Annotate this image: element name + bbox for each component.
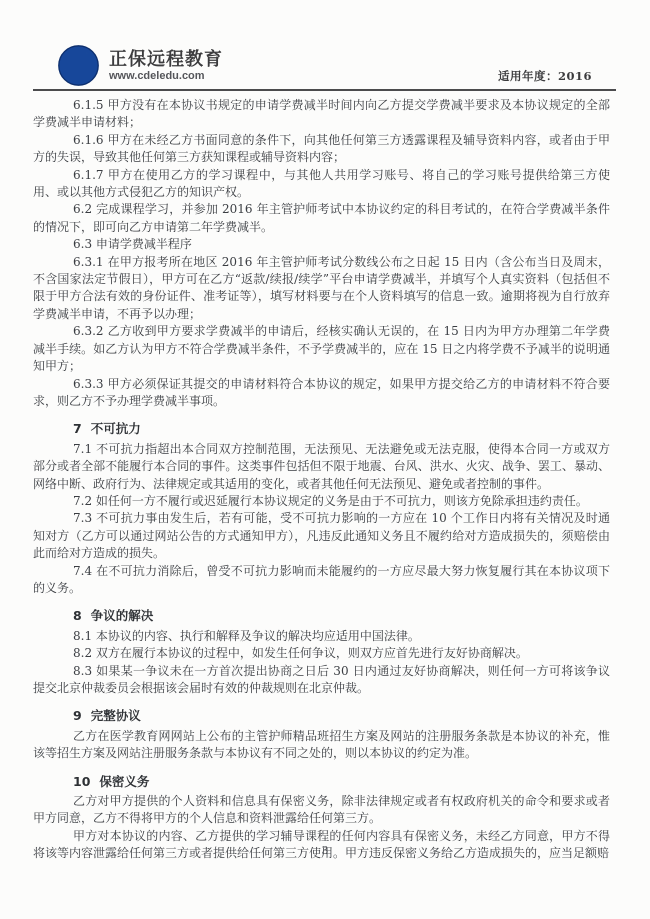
section-number: 8 [73, 608, 82, 623]
paragraph: 6.3.1 在甲方报考所在地区 2016 年主管护师考试分数线公布之日起 15 … [33, 254, 610, 324]
paragraph: 乙方在医学教育网网站上公布的主管护师精品班招生方案及网站的注册服务条款是本协议的… [33, 728, 610, 763]
brand-name: 正保远程教育 [109, 49, 223, 69]
paragraph: 7.3 不可抗力事由发生后，若有可能，受不可抗力影响的一方应在 10 个工作日内… [33, 510, 610, 562]
brand-block: 正保远程教育 www.cdeledu.com [57, 44, 223, 87]
document-page: 正保远程教育 www.cdeledu.com 适用年度：2016 6.1.5 甲… [0, 0, 650, 919]
paragraph: 6.3.2 乙方收到甲方要求学费减半的申请后，经核实确认无误的，在 15 日内为… [33, 323, 610, 375]
brand-text: 正保远程教育 www.cdeledu.com [109, 49, 223, 83]
paragraph: 乙方对甲方提供的个人资料和信息具有保密义务，除非法律规定或者有权政府机关的命令和… [33, 793, 610, 828]
paragraph: 8.2 双方在履行本协议的过程中，如发生任何争议，则双方应首先进行友好协商解决。 [33, 645, 610, 662]
section-number: 7 [73, 421, 82, 436]
paragraph: 6.3 申请学费减半程序 [33, 236, 610, 253]
brand-logo-icon [57, 44, 100, 87]
paragraph: 6.3.3 甲方必须保证其提交的申请材料符合本协议的规定，如果甲方提交给乙方的申… [33, 376, 610, 411]
paragraph: 7.4 在不可抗力消除后，曾受不可抗力影响而未能履约的一方应尽最大努力恢复履行其… [33, 563, 610, 598]
section-heading: 8争议的解决 [33, 607, 610, 624]
paragraph: 7.1 不可抗力指超出本合同双方控制范围，无法预见、无法避免或无法克服，使得本合… [33, 441, 610, 493]
section-number: 10 [73, 774, 90, 789]
document-body: 6.1.5 甲方没有在本协议书规定的申请学费减半时间内向乙方提交学费减半要求及本… [0, 91, 650, 863]
page-footer: 3 [0, 844, 650, 857]
document-header: 正保远程教育 www.cdeledu.com 适用年度：2016 [0, 0, 650, 89]
section-title: 保密义务 [99, 774, 149, 789]
section-title: 完整协议 [91, 708, 141, 723]
applicable-year-label: 适用年度：2016 [498, 68, 592, 84]
section-heading: 7不可抗力 [33, 420, 610, 437]
paragraph: 6.2 完成课程学习，并参加 2016 年主管护师考试中本协议约定的科目考试的，… [33, 201, 610, 236]
paragraph: 6.1.6 甲方在未经乙方书面同意的条件下，向其他任何第三方透露课程及辅导资料内… [33, 132, 610, 167]
section-title: 争议的解决 [91, 608, 154, 623]
section-heading: 9完整协议 [33, 707, 610, 724]
brand-url: www.cdeledu.com [109, 70, 223, 83]
paragraph: 7.2 如任何一方不履行或迟延履行本协议规定的义务是由于不可抗力，则该方免除承担… [33, 493, 610, 510]
page-number: 3 [322, 844, 329, 857]
paragraph: 6.1.7 甲方在使用乙方的学习课程中，与其他人共用学习账号、将自己的学习账号提… [33, 167, 610, 202]
paragraph: 8.1 本协议的内容、执行和解释及争议的解决均应适用中国法律。 [33, 628, 610, 645]
section-title: 不可抗力 [91, 421, 141, 436]
paragraph: 8.3 如果某一争议未在一方首次提出协商之日后 30 日内通过友好协商解决，则任… [33, 663, 610, 698]
paragraph: 6.1.5 甲方没有在本协议书规定的申请学费减半时间内向乙方提交学费减半要求及本… [33, 97, 610, 132]
section-number: 9 [73, 708, 82, 723]
section-heading: 10保密义务 [33, 773, 610, 790]
